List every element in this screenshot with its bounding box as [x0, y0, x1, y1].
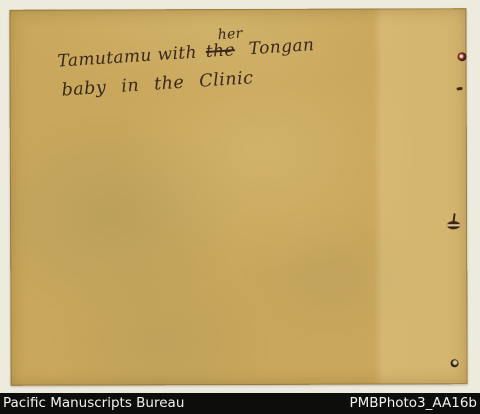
photo-id-label: PMBPhoto3_AA16b — [350, 393, 478, 414]
crossed-out-word: the — [205, 40, 235, 62]
ink-splatter-blob-icon — [447, 221, 460, 229]
photo-back-paper: Tamutamu withtheherTongan baby in the Cl… — [9, 8, 467, 386]
inserted-word-above: her — [217, 26, 243, 44]
handwritten-caption-line2: baby in the Clinic — [61, 68, 254, 100]
archive-watermark-bar: Pacific Manuscripts Bureau PMBPhoto3_AA1… — [0, 393, 480, 414]
caption-line1-after: Tongan — [248, 35, 315, 59]
caption-correction: theher — [205, 40, 235, 62]
pin-hole-bottom-icon — [451, 359, 459, 367]
archive-name-label: Pacific Manuscripts Bureau — [3, 393, 184, 414]
ink-dash-mark-icon — [456, 87, 462, 91]
handwritten-caption-line1: Tamutamu withtheherTongan — [57, 35, 315, 72]
pin-hole-red-icon — [457, 52, 466, 61]
caption-line1-before: Tamutamu with — [57, 43, 198, 72]
